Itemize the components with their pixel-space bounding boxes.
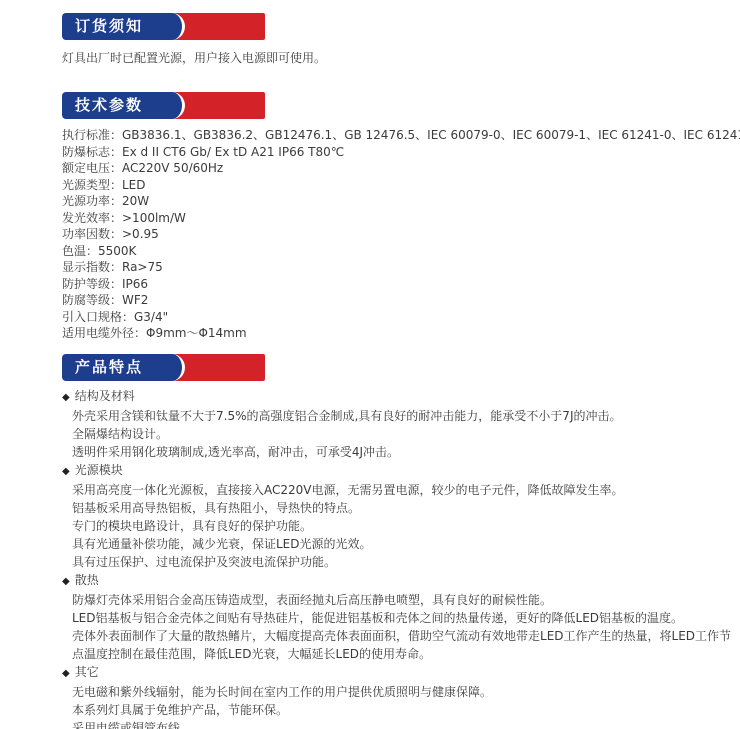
section-title-ordering: 订货须知 bbox=[62, 13, 185, 40]
feature-item: 透明件采用钢化玻璃制成,透光率高，耐冲击，可承受4J冲击。 bbox=[62, 443, 734, 461]
feature-group-heading: ◆结构及材料 bbox=[62, 387, 734, 407]
feature-item: 外壳采用含镁和钛量不大于7.5%的高强度铝合金制成,具有良好的耐冲击能力，能承受… bbox=[62, 407, 734, 425]
spec-param: 执行标准：GB3836.1、GB3836.2、GB12476.1、GB 1247… bbox=[62, 127, 734, 144]
diamond-bullet-icon: ◆ bbox=[62, 466, 70, 477]
spec-param-list: 执行标准：GB3836.1、GB3836.2、GB12476.1、GB 1247… bbox=[62, 127, 734, 342]
feature-group-title: 结构及材料 bbox=[75, 389, 135, 403]
feature-item: 防爆灯壳体采用铝合金高压铸造成型，表面经抛丸后高压静电喷塑，具有良好的耐候性能。 bbox=[62, 591, 734, 609]
section-title-features: 产品特点 bbox=[62, 354, 185, 381]
feature-group-title: 光源模块 bbox=[75, 463, 123, 477]
feature-item: 具有过压保护、过电流保护及突波电流保护功能。 bbox=[62, 553, 734, 571]
feature-item: 本系列灯具属于免维护产品，节能环保。 bbox=[62, 701, 734, 719]
spec-param: 显示指数：Ra>75 bbox=[62, 259, 734, 276]
feature-item: 壳体外表面制作了大量的散热鳍片，大幅度提高壳体表面面积，借助空气流动有效地带走L… bbox=[62, 627, 734, 663]
section-header-ordering: 订货须知 bbox=[62, 13, 265, 40]
feature-item: 采用电缆或铜管布线。 bbox=[62, 719, 734, 729]
spec-param: 防护等级：IP66 bbox=[62, 276, 734, 293]
spec-param: 额定电压：AC220V 50/60Hz bbox=[62, 160, 734, 177]
spec-param: 发光效率：>100lm/W bbox=[62, 210, 734, 227]
diamond-bullet-icon: ◆ bbox=[62, 392, 70, 403]
spec-param: 色温：5500K bbox=[62, 243, 734, 260]
spec-param: 光源类型：LED bbox=[62, 177, 734, 194]
feature-group-title: 散热 bbox=[75, 573, 99, 587]
feature-group-heading: ◆光源模块 bbox=[62, 461, 734, 481]
feature-item: LED铝基板与铝合金壳体之间贴有导热硅片，能促进铝基板和壳体之间的热量传递，更好… bbox=[62, 609, 734, 627]
diamond-bullet-icon: ◆ bbox=[62, 668, 70, 679]
section-title-specs: 技术参数 bbox=[62, 92, 185, 119]
ordering-note: 灯具出厂时已配置光源，用户接入电源即可使用。 bbox=[62, 50, 734, 67]
feature-group-heading: ◆散热 bbox=[62, 571, 734, 591]
spec-param: 光源功率：20W bbox=[62, 193, 734, 210]
feature-group-heading: ◆其它 bbox=[62, 663, 734, 683]
feature-item: 具有光通量补偿功能，减少光衰，保证LED光源的光效。 bbox=[62, 535, 734, 553]
spec-param: 引入口规格：G3/4" bbox=[62, 309, 734, 326]
feature-item: 专门的模块电路设计，具有良好的保护功能。 bbox=[62, 517, 734, 535]
feature-item: 采用高亮度一体化光源板，直接接入AC220V电源，无需另置电源，较少的电子元件，… bbox=[62, 481, 734, 499]
spec-param: 适用电缆外径：Φ9mm～Φ14mm bbox=[62, 325, 734, 342]
feature-list: ◆结构及材料 外壳采用含镁和钛量不大于7.5%的高强度铝合金制成,具有良好的耐冲… bbox=[62, 387, 734, 729]
spec-param: 防腐等级：WF2 bbox=[62, 292, 734, 309]
spec-param: 防爆标志：Ex d II CT6 Gb/ Ex tD A21 IP66 T80℃ bbox=[62, 144, 734, 161]
spec-param: 功率因数：>0.95 bbox=[62, 226, 734, 243]
spec-sheet: 订货须知 灯具出厂时已配置光源，用户接入电源即可使用。 技术参数 执行标准：GB… bbox=[0, 0, 740, 729]
feature-group-title: 其它 bbox=[75, 665, 99, 679]
diamond-bullet-icon: ◆ bbox=[62, 576, 70, 587]
feature-item: 无电磁和紫外线辐射，能为长时间在室内工作的用户提供优质照明与健康保障。 bbox=[62, 683, 734, 701]
section-header-specs: 技术参数 bbox=[62, 92, 265, 119]
feature-item: 全隔爆结构设计。 bbox=[62, 425, 734, 443]
feature-item: 铝基板采用高导热铝板，具有热阻小，导热快的特点。 bbox=[62, 499, 734, 517]
section-header-features: 产品特点 bbox=[62, 354, 265, 381]
